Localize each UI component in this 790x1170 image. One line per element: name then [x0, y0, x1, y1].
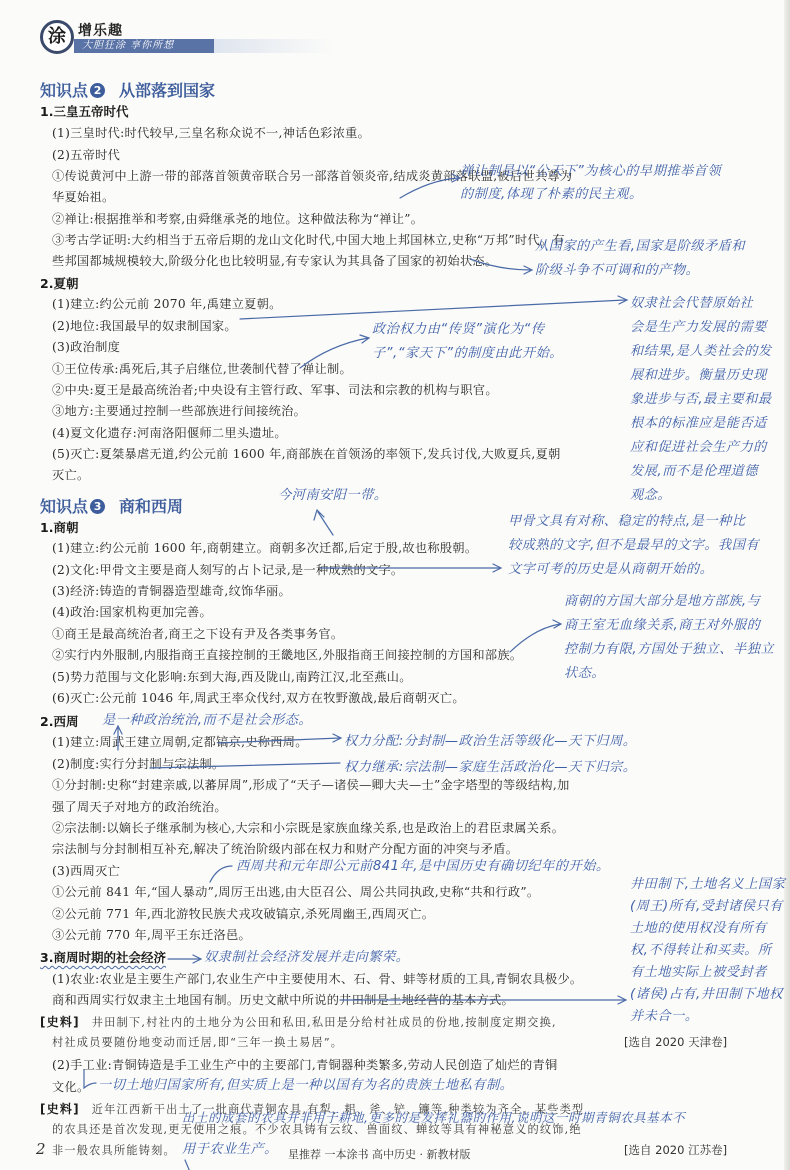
text-line: (2)文化:甲骨文主要是商人刻写的占卜记录,是一种成熟的文字。: [52, 561, 403, 578]
handwritten-note-block: 甲骨文具有对称、稳定的特点,是一种比 较成熟的文字,但不是最早的文字。我国有 文…: [508, 510, 759, 582]
source-excerpt-line: 村社成员要随份地变动而迁居,即“三年一换土易居”。: [52, 1034, 343, 1050]
text-line: 华夏始祖。: [52, 188, 114, 205]
text-line: (5)灭亡:夏桀暴虐无道,约公元前 1600 年,商部族在首领汤的率领下,发兵讨…: [52, 445, 561, 462]
brand-slogan: 大胆狂涂 享你所想: [74, 39, 214, 53]
text-line: (1)建立:周武王建立周朝,定都镐京,史称西周。: [52, 733, 308, 750]
text-line: (1)建立:约公元前 2070 年,禹建立夏朝。: [52, 295, 282, 312]
handwritten-note: 阶级斗争不可调和的产物。: [535, 259, 699, 278]
text-line: 强了周天子对地方的政治统治。: [52, 798, 227, 815]
text-line: ③公元前 770 年,周平王东迁洛邑。: [52, 926, 251, 943]
text-line: ①商王是最高统治者,商王之下设有尹及各类事务官。: [52, 625, 343, 642]
text-line: (1)三皇时代:时代较早,三皇名称众说不一,神话色彩浓重。: [52, 124, 370, 141]
text-line: ②宗法制:以嫡长子继承制为核心,大宗和小宗既是家族血缘关系,也是政治上的君臣隶属…: [52, 819, 564, 836]
text-line: (3)政治制度: [52, 338, 120, 355]
text-line: 些邦国都城规模较大,阶级分化也比较明显,有专家认为其具备了国家的初始状态。: [52, 252, 497, 269]
handwritten-note: 奴隶制社会经济发展并走向繁荣。: [204, 946, 409, 965]
text-line: 灭亡。: [52, 466, 89, 483]
text-line: (4)夏文化遗存:河南洛阳偃师二里头遗址。: [52, 424, 287, 441]
subsection-heading: 2.夏朝: [40, 274, 78, 292]
subsection-heading: 1.商朝: [40, 518, 78, 536]
handwritten-note: 从国家的产生看,国家是阶级矛盾和: [535, 235, 745, 254]
source-citation: [选自 2020 江苏卷]: [624, 1142, 727, 1158]
section-title-knowledge-point-2: 知识点2从部落到国家: [40, 78, 215, 101]
text-line: (1)农业:农业是主要生产部门,农业生产中主要使用木、石、骨、蚌等材质的工具,青…: [52, 970, 582, 987]
text-line: 文化。: [52, 1078, 89, 1095]
section-number-badge: 3: [90, 499, 105, 514]
handwritten-note: 是一种政治统治,而不是社会形态。: [102, 709, 312, 728]
handwritten-note: 一切土地归国家所有,但实质上是一种以国有为名的贵族土地私有制。: [98, 1074, 513, 1093]
handwritten-note-block: 奴隶社会代替原始社 会是生产力发展的需要 和结果,是人类社会的发 展和进步。衡量…: [630, 292, 772, 508]
section-title-knowledge-point-3: 知识点3商和西周: [40, 494, 183, 517]
brand-name: 增乐趣: [78, 20, 123, 40]
text-line: ②实行内外服制,内服指商王直接控制的王畿地区,外服指商王间接控制的方国和部族。: [52, 646, 522, 663]
text-line: (2)五帝时代: [52, 146, 120, 163]
text-line: (2)手工业:青铜铸造是手工业生产中的主要部门,青铜器种类繁多,劳动人民创造了灿…: [52, 1056, 557, 1073]
footer-text: 星推荐 一本涂书 高中历史 · 新教材版: [288, 1146, 470, 1162]
text-line: ③考古学证明:大约相当于五帝后期的龙山文化时代,中国大地上邦国林立,史称“万邦”…: [52, 231, 565, 248]
text-line: (3)西周灭亡: [52, 862, 120, 879]
page-number: 2: [36, 1140, 46, 1158]
handwritten-note: 子”,“家天下”的制度由此开始。: [372, 342, 563, 361]
text-line: (3)经济:铸造的青铜器造型雄奇,纹饰华丽。: [52, 582, 291, 599]
source-citation: [选自 2020 天津卷]: [624, 1034, 727, 1050]
handwritten-note: 权力继承:宗法制—家庭生活政治化—天下归宗。: [344, 756, 636, 775]
handwritten-note-block: 井田制下,土地名义上国家 (周王)所有,受封诸侯只有 土地的使用权没有所有 权,…: [630, 874, 785, 1028]
handwritten-note-block: 商朝的方国大部分是地方部族,与 商王室无血缘关系,商王对外服的 控制力有限,方国…: [564, 590, 774, 686]
handwritten-note: 出土的成套的农具并非用于耕地,更多的是发挥礼器的作用,说明这一时期青铜农具基本不: [182, 1108, 685, 1126]
text-line: ②公元前 771 年,西北游牧民族犬戎攻破镐京,杀死周幽王,西周灭亡。: [52, 905, 434, 922]
text-line: ①王位传承:禹死后,其子启继位,世袭制代替了禅让制。: [52, 360, 352, 377]
text-line: 商和西周实行奴隶主土地国有制。历史文献中所说的井田制是土地经营的基本方式。: [52, 991, 514, 1008]
logo-badge-icon: 涂: [40, 20, 74, 54]
section-number-badge: 2: [90, 83, 105, 98]
text-line: (4)政治:国家机构更加完善。: [52, 603, 212, 620]
text-line: (5)势力范围与文化影响:东到大海,西及陇山,南跨江汉,北至燕山。: [52, 668, 412, 685]
source-excerpt-line: 非一般农具所能铸刻。: [52, 1142, 176, 1158]
source-excerpt-line: [史料]井田制下,村社内的土地分为公田和私田,私田是分给村社成员的份地,按制度定…: [40, 1013, 557, 1030]
text-line: ③地方:主要通过控制一些部族进行间接统治。: [52, 402, 306, 419]
subsection-heading: 1.三皇五帝时代: [40, 102, 128, 120]
text-line: (1)建立:约公元前 1600 年,商朝建立。商朝多次迁都,后定于殷,故也称殷朝…: [52, 539, 477, 556]
subsection-heading: 3.商周时期的社会经济: [40, 948, 166, 966]
handwritten-note: 用于农业生产。: [182, 1138, 278, 1157]
handwritten-note: 的制度,体现了朴素的民主观。: [460, 183, 643, 202]
text-line: (6)灭亡:公元前 1046 年,周武王率众伐纣,双方在牧野激战,最后商朝灭亡。: [52, 689, 465, 706]
handwritten-note: 今河南安阳一带。: [278, 484, 388, 503]
text-line: (2)地位:我国最早的奴隶制国家。: [52, 317, 237, 334]
handwritten-note: 政治权力由“传贤”演化为“传: [372, 318, 545, 337]
handwritten-note: 西周共和元年即公元前841年,是中国历史有确切纪年的开始。: [236, 855, 610, 874]
text-line: ②禅让:根据推举和考察,由舜继承尧的地位。这种做法称为“禅让”。: [52, 210, 423, 227]
decorative-band: [214, 39, 334, 53]
subsection-heading: 2.西周: [40, 712, 78, 730]
text-line: ②中央:夏王是最高统治者;中央设有主管行政、军事、司法和宗教的机构与职官。: [52, 381, 498, 398]
source-tag: [史料]: [40, 1015, 80, 1029]
brand-logo: 涂 增乐趣 大胆狂涂 享你所想: [40, 20, 220, 56]
source-tag: [史料]: [40, 1102, 80, 1116]
handwritten-note: 权力分配:分封制—政治生活等级化—天下归周。: [344, 730, 636, 749]
text-line: (2)制度:实行分封制与宗法制。: [52, 755, 224, 772]
text-line: ①公元前 841 年,“国人暴动”,周厉王出逃,由大臣召公、周公共同执政,史称“…: [52, 883, 539, 900]
handwritten-note: 禅让制是以“公天下”为核心的早期推举首领: [460, 160, 721, 179]
text-line: ①分封制:史称“封建亲戚,以蕃屏周”,形成了“天子—诸侯—卿大夫—士”金字塔型的…: [52, 776, 570, 793]
